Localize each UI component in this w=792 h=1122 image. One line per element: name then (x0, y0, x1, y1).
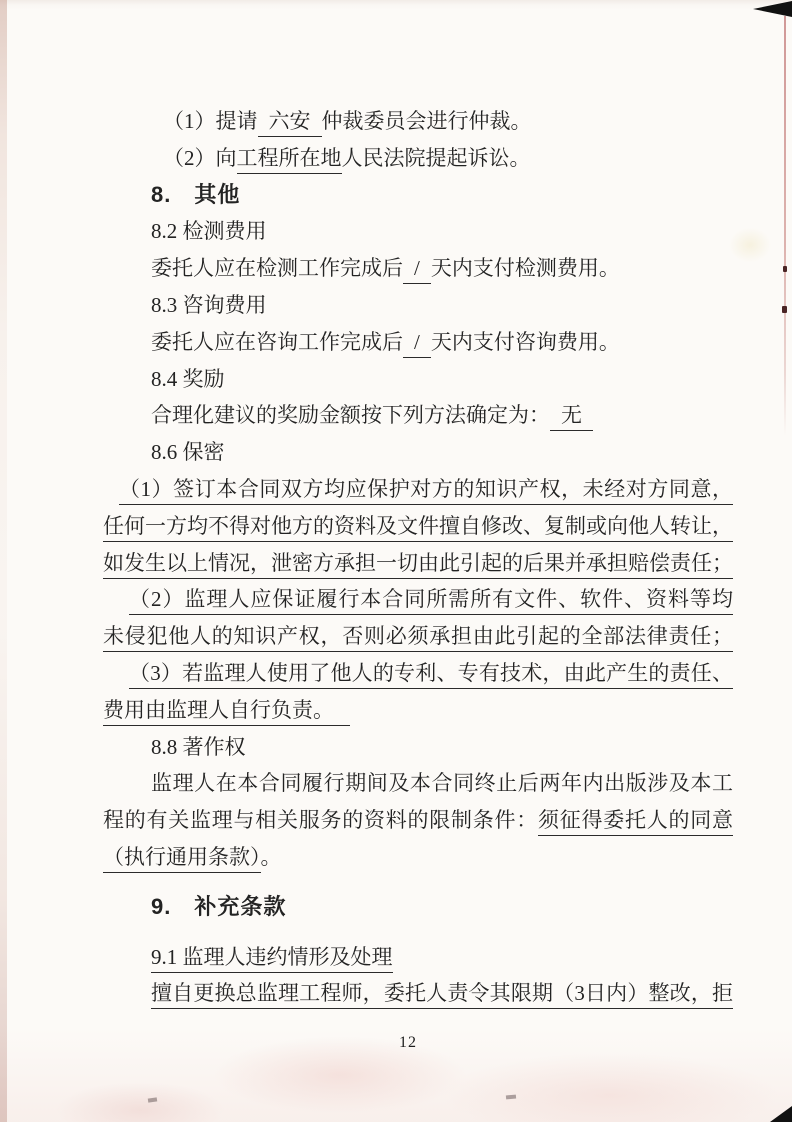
clause-8-3-header: 8.3 咨询费用 (103, 287, 733, 324)
underlined-text: 无 (550, 403, 593, 431)
clause-8-4-body: 合理化建议的奖励金额按下列方法确定为：无 (103, 397, 733, 434)
section-9-header: 9. 补充条款 (103, 889, 733, 926)
clause-8-4-header: 8.4 奖励 (103, 361, 733, 398)
text-segment: 仲裁委员会进行仲裁。 (322, 109, 532, 133)
page-number: 12 (399, 1034, 417, 1052)
clause-8-8-body-line-1: 监理人在本合同履行期间及本合同终止后两年内出版涉及本工 (103, 765, 733, 802)
arbitration-item-1: （1）提请六安仲裁委员会进行仲裁。 (103, 103, 733, 140)
underlined-text: / (403, 256, 431, 284)
document-body: （1）提请六安仲裁委员会进行仲裁。（2）向工程所在地人民法院提起诉讼。8. 其他… (103, 103, 733, 1012)
clause-8-8-body-line-3: （执行通用条款）。 (103, 839, 733, 876)
clause-8-2-body: 委托人应在检测工作完成后/天内支付检测费用。 (103, 250, 733, 287)
text-segment: 天内支付咨询费用。 (431, 330, 620, 354)
scan-right-page-edge-line (784, 16, 786, 436)
text-segment: 8.2 检测费用 (151, 219, 267, 243)
underlined-text: 六安 (258, 109, 322, 137)
text-segment: 9. 补充条款 (151, 894, 286, 919)
underlined-text: （3）若监理人使用了他人的专利、专有技术，由此产生的责任、 (129, 661, 733, 689)
underlined-text: 费用由监理人自行负责。 (103, 698, 350, 726)
text-segment: 委托人应在咨询工作完成后 (151, 330, 403, 354)
underlined-text: 任何一方均不得对他方的资料及文件擅自修改、复制或向他人转让， (103, 514, 733, 542)
text-segment: 8. 其他 (151, 182, 240, 207)
scan-fold-mark-bottom-right-icon (768, 1102, 792, 1122)
underlined-text: 未侵犯他人的知识产权，否则必须承担由此引起的全部法律责任； (103, 624, 733, 652)
clause-8-6-header: 8.6 保密 (103, 434, 733, 471)
text-segment: 8.3 咨询费用 (151, 293, 267, 317)
clause-8-2-header: 8.2 检测费用 (103, 213, 733, 250)
text-segment: 程的有关监理与相关服务的资料的限制条件： (103, 808, 538, 832)
litigation-item-2: （2）向工程所在地人民法院提起诉讼。 (103, 140, 733, 177)
clause-9-1-header: 9.1 监理人违约情形及处理 (103, 939, 733, 976)
text-segment: 合理化建议的奖励金额按下列方法确定为： (151, 403, 550, 427)
clause-8-6-item-2-line-1: （2）监理人应保证履行本合同所需所有文件、软件、资料等均 (103, 581, 733, 618)
underlined-text: 如发生以上情况，泄密方承担一切由此引起的后果并承担赔偿责任； (103, 551, 733, 579)
underlined-text: （1）签订本合同双方均应保护对方的知识产权，未经对方同意， (119, 477, 733, 505)
text-segment: 人民法院提起诉讼。 (342, 146, 531, 170)
text-segment: 8.6 保密 (151, 440, 225, 464)
clause-8-6-item-2-line-2: 未侵犯他人的知识产权，否则必须承担由此引起的全部法律责任； (103, 618, 733, 655)
underlined-text: 须征得委托人的同意 (538, 808, 733, 836)
scan-speck (506, 1095, 516, 1100)
underlined-text: （执行通用条款） (103, 845, 261, 873)
underlined-text: / (403, 330, 431, 358)
clause-8-6-item-1-line-2: 任何一方均不得对他方的资料及文件擅自修改、复制或向他人转让， (103, 508, 733, 545)
text-segment: 8.8 著作权 (151, 735, 246, 759)
text-segment: 监理人在本合同履行期间及本合同终止后两年内出版涉及本工 (151, 771, 733, 795)
underlined-text: 工程所在地 (237, 146, 342, 174)
scan-left-edge-artifact (0, 0, 7, 1122)
scanned-contract-page: （1）提请六安仲裁委员会进行仲裁。（2）向工程所在地人民法院提起诉讼。8. 其他… (0, 0, 792, 1122)
underlined-text: 9.1 监理人违约情形及处理 (151, 945, 393, 973)
text-segment: 委托人应在检测工作完成后 (151, 256, 403, 280)
underlined-text: 擅自更换总监理工程师，委托人责令其限期（3日内）整改，拒 (151, 981, 733, 1009)
text-segment: （1）提请 (163, 109, 258, 133)
text-segment: （2）向 (163, 146, 237, 170)
clause-8-6-item-1-line-1: （1）签订本合同双方均应保护对方的知识产权，未经对方同意， (103, 471, 733, 508)
clause-8-6-item-1-line-3: 如发生以上情况，泄密方承担一切由此引起的后果并承担赔偿责任； (103, 545, 733, 582)
scan-speck (148, 1097, 157, 1102)
text-segment: 。 (261, 845, 282, 869)
clause-8-8-body-line-2: 程的有关监理与相关服务的资料的限制条件：须征得委托人的同意 (103, 802, 733, 839)
clause-8-6-item-3-line-2: 费用由监理人自行负责。 (103, 692, 733, 729)
clause-8-6-item-3-line-1: （3）若监理人使用了他人的专利、专有技术，由此产生的责任、 (103, 655, 733, 692)
scan-speck (782, 306, 787, 313)
underlined-text: （2）监理人应保证履行本合同所需所有文件、软件、资料等均 (129, 587, 733, 615)
scan-fold-mark-top-right-icon (750, 0, 792, 20)
scan-speck (783, 266, 787, 272)
section-8-header: 8. 其他 (103, 177, 733, 214)
clause-8-3-body: 委托人应在咨询工作完成后/天内支付咨询费用。 (103, 324, 733, 361)
clause-8-8-header: 8.8 著作权 (103, 729, 733, 766)
text-segment: 天内支付检测费用。 (431, 256, 620, 280)
clause-9-1-body-line-1: 擅自更换总监理工程师，委托人责令其限期（3日内）整改，拒 (103, 975, 733, 1012)
text-segment: 8.4 奖励 (151, 367, 225, 391)
